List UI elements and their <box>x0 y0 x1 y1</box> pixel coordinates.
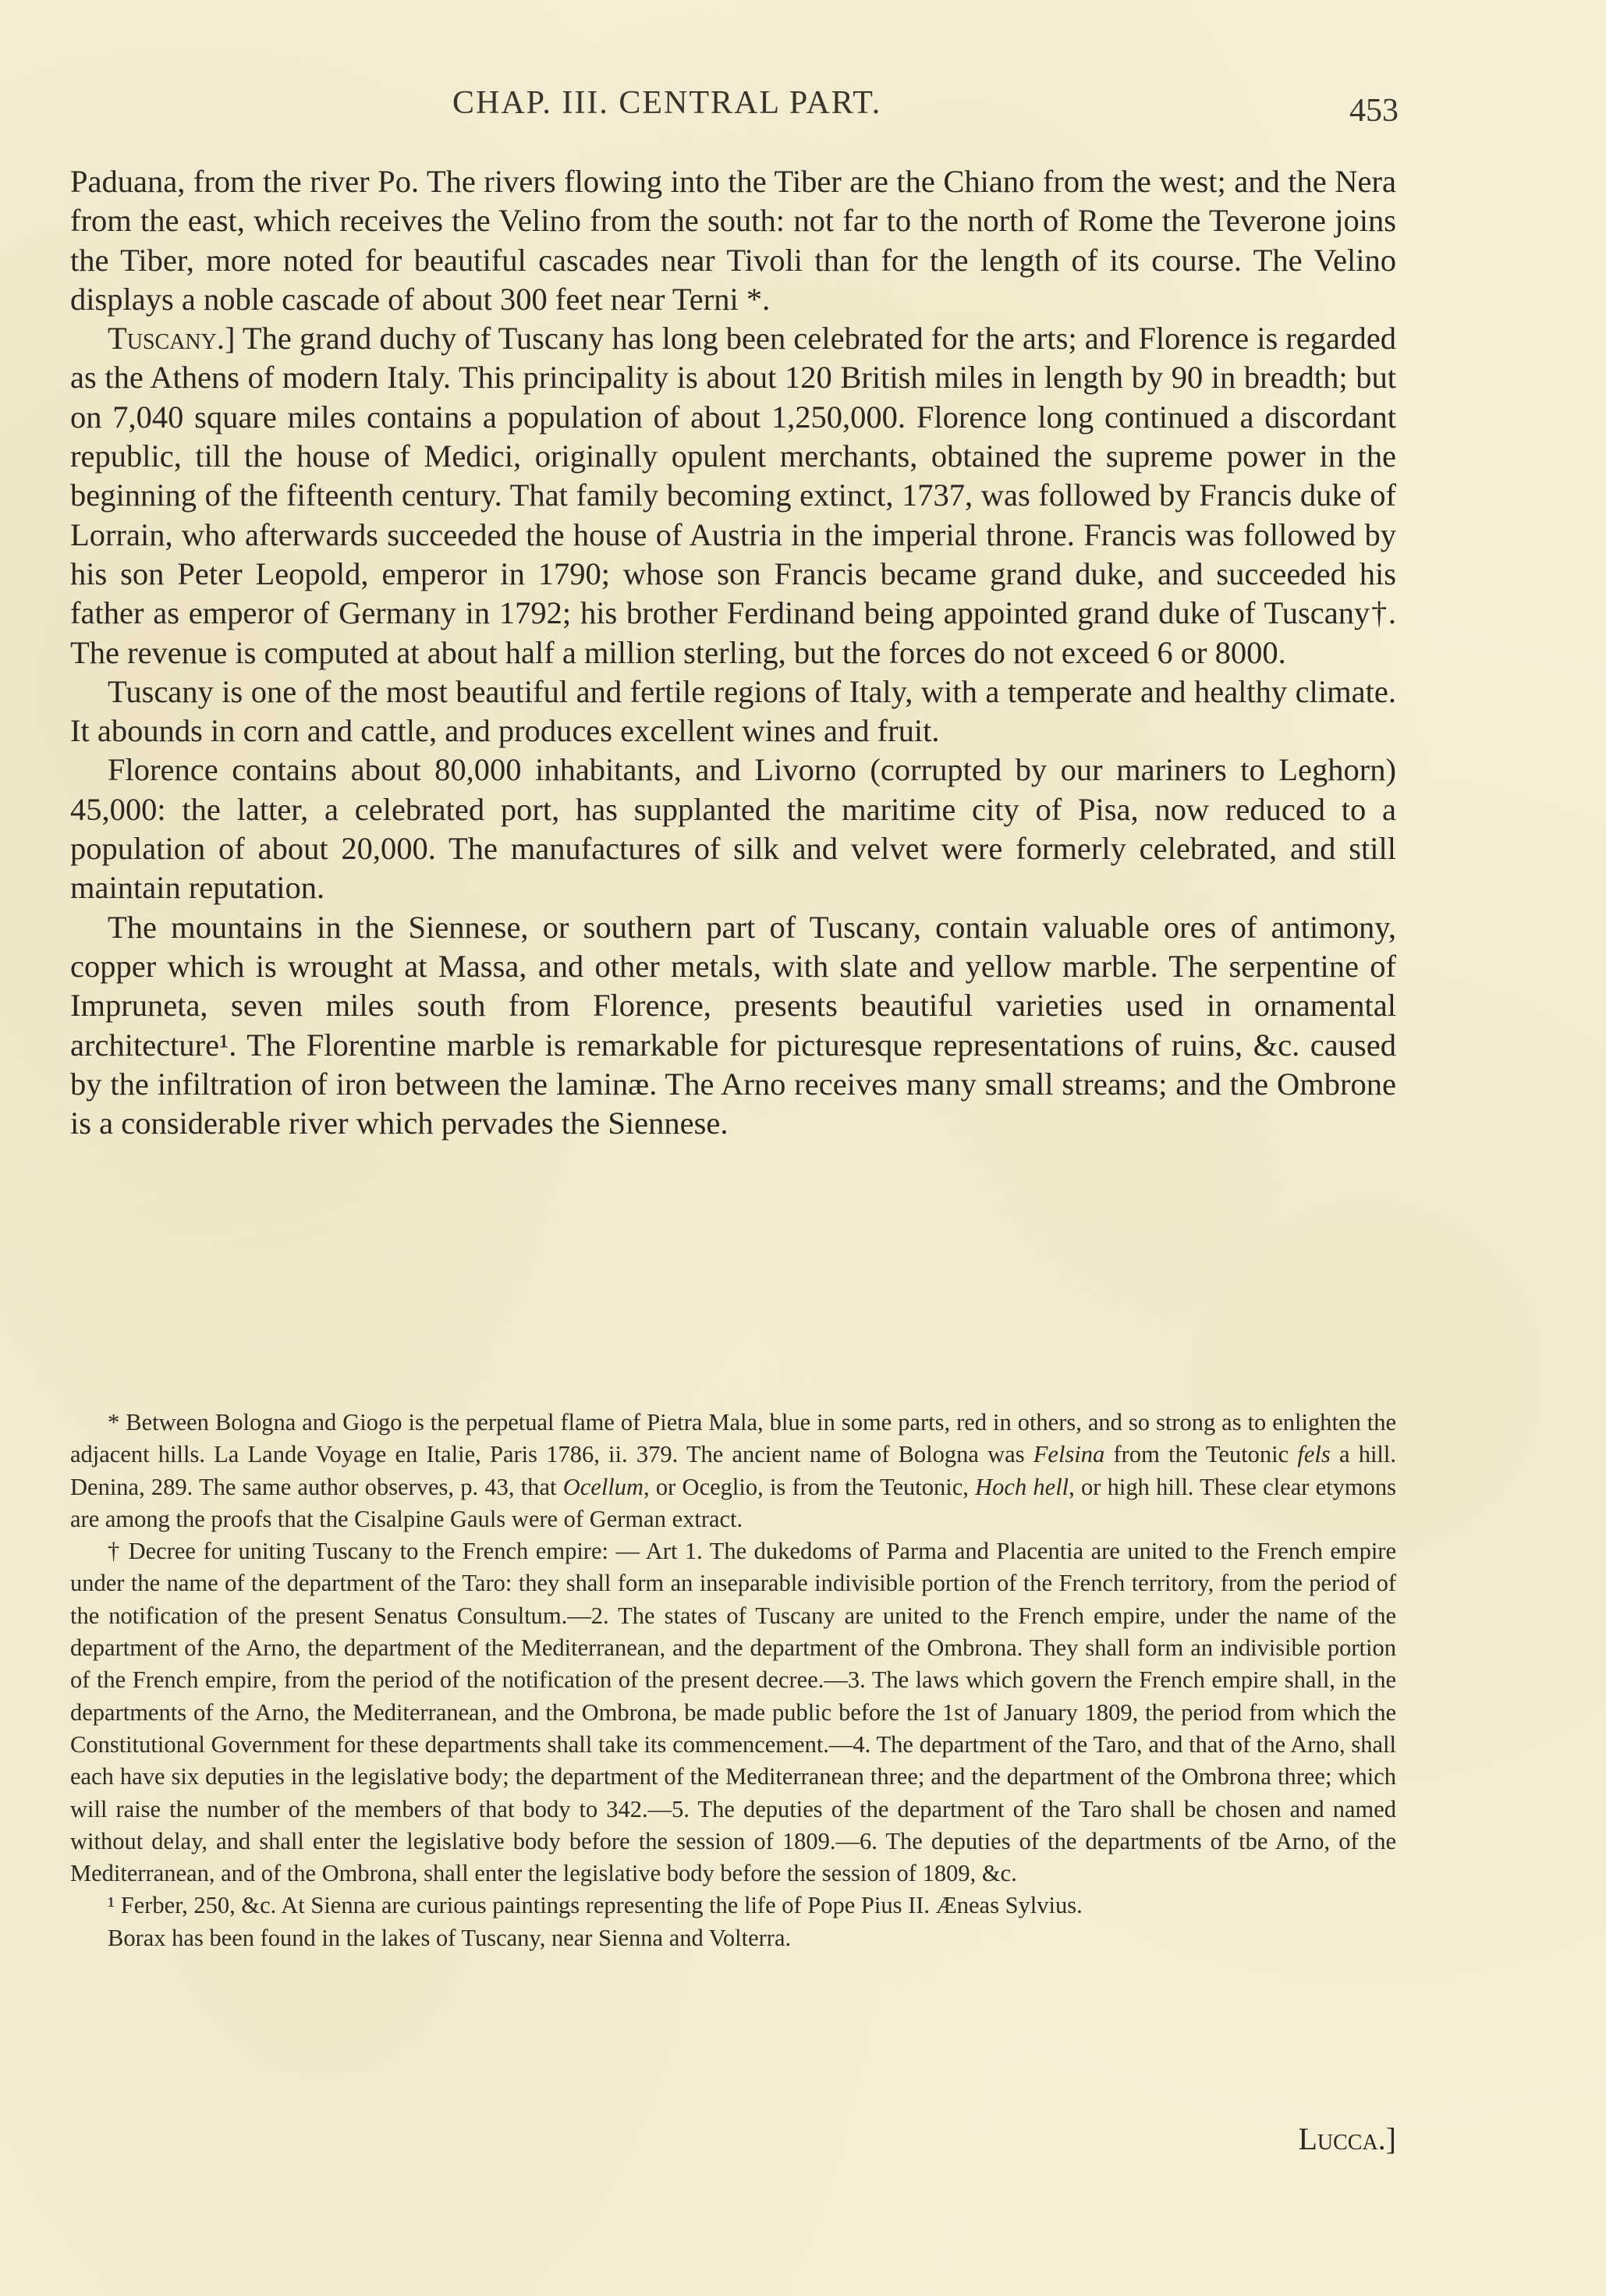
section-label-tuscany: Tuscany.] <box>108 321 235 356</box>
paragraph-florence: Florence contains about 80,000 inhabitan… <box>70 751 1396 907</box>
paragraph-mountains: The mountains in the Siennese, or southe… <box>70 908 1396 1144</box>
main-text: Paduana, from the river Po. The rivers f… <box>70 162 1396 1143</box>
running-head: CHAP. III. CENTRAL PART. 453 <box>70 84 1396 131</box>
paragraph-tuscany: Tuscany.] The grand duchy of Tuscany has… <box>70 319 1396 672</box>
footnote-italic: fels <box>1297 1441 1330 1467</box>
catchword: Lucca.] <box>1298 2120 1396 2157</box>
paragraph-rivers: Paduana, from the river Po. The rivers f… <box>70 162 1396 319</box>
footnotes: * Between Bologna and Giogo is the perpe… <box>70 1407 1396 1954</box>
footnote-text: , or Oceglio, is from the Teutonic, <box>643 1474 975 1500</box>
footnote-italic: Ocellum <box>563 1474 643 1500</box>
paragraph-climate: Tuscany is one of the most beautiful and… <box>70 672 1396 751</box>
paragraph-tuscany-text: The grand duchy of Tuscany has long been… <box>70 321 1396 669</box>
footnote-italic: Felsina <box>1033 1441 1105 1467</box>
footnote-borax: Borax has been found in the lakes of Tus… <box>70 1922 1396 1954</box>
chapter-title: CHAP. III. CENTRAL PART. <box>452 84 881 122</box>
footnote-italic: Hoch hell <box>975 1474 1069 1500</box>
footnote-asterisk: * Between Bologna and Giogo is the perpe… <box>70 1407 1396 1535</box>
footnote-dagger: † Decree for uniting Tuscany to the Fren… <box>70 1535 1396 1890</box>
footnote-text: from the Teutonic <box>1104 1441 1297 1467</box>
page-number: 453 <box>1349 92 1399 130</box>
footnote-one: ¹ Ferber, 250, &c. At Sienna are curious… <box>70 1890 1396 1922</box>
